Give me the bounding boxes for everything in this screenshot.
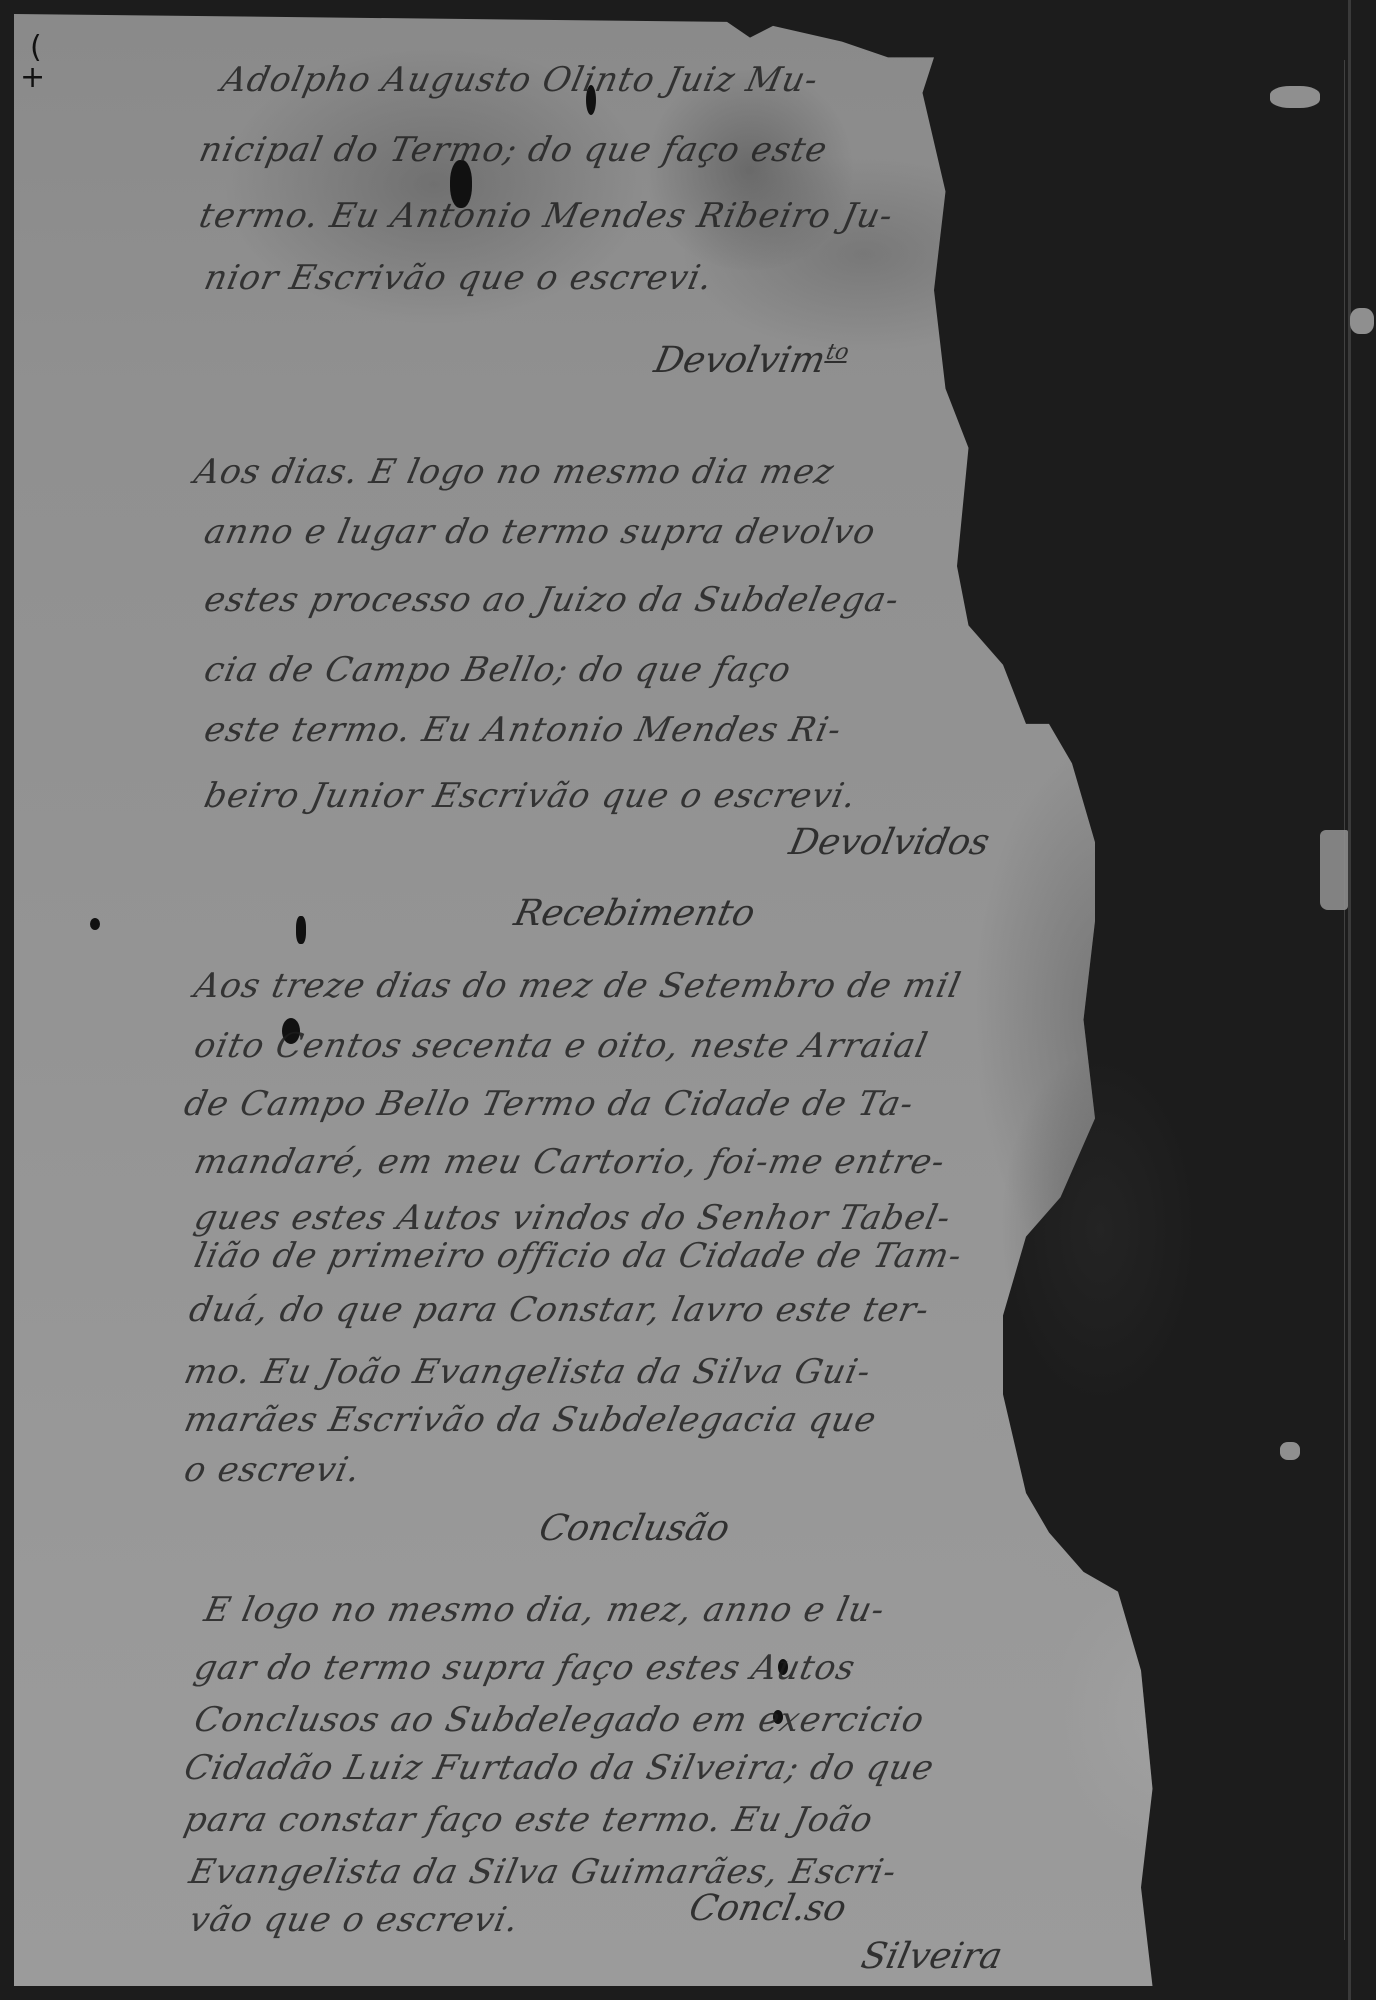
text-line: Cidadão Luiz Furtado da Silveira; do que [181, 1748, 938, 1788]
text-line: Aos dias. E logo no mesmo dia mez [191, 452, 838, 492]
devolvidos-mark: Devolvidos [786, 822, 993, 863]
text-line: estes processo ao Juizo da Subdelega- [201, 580, 903, 620]
heading-text: Devolvim [651, 340, 829, 381]
text-line: gues estes Autos vindos do Senhor Tabel- [191, 1198, 955, 1238]
section-heading-devolucao: Devolvimto [651, 340, 851, 381]
text-line: Aos treze dias do mez de Setembro de mil [191, 966, 965, 1006]
text-line: lião de primeiro officio da Cidade de Ta… [191, 1236, 966, 1276]
text-line: Conclusos ao Subdelegado em exercicio [191, 1700, 928, 1740]
text-line: Adolpho Augusto Olinto Juiz Mu- [218, 60, 822, 100]
ink-blot [90, 918, 100, 930]
text-line: de Campo Bello Termo da Cidade de Ta- [181, 1084, 918, 1124]
section-heading-recebimento: Recebimento [511, 893, 759, 934]
text-line: beiro Junior Escrivão que o escrevi. [201, 776, 861, 816]
conclusion-mark: Concl.so [686, 1888, 850, 1929]
section-heading-conclusao: Conclusão [536, 1508, 734, 1549]
text-line: nior Escrivão que o escrevi. [201, 258, 717, 298]
text-line: Evangelista da Silva Guimarães, Escri- [186, 1852, 901, 1892]
binding-edge [1348, 0, 1351, 2000]
text-line: termo. Eu Antonio Mendes Ribeiro Ju- [196, 196, 897, 236]
signature: Silveira [858, 1936, 1006, 1977]
text-line: mo. Eu João Evangelista da Silva Gui- [181, 1352, 875, 1392]
paper-fragment [1270, 86, 1320, 108]
text-line: marães Escrivão da Subdelegacia que [181, 1400, 881, 1440]
text-line: duá, do que para Constar, lavro este ter… [186, 1290, 934, 1330]
binding-edge-highlight [1344, 60, 1345, 1940]
text-line: vão que o escrevi. [186, 1900, 523, 1940]
text-line: gar do termo supra faço estes Autos [191, 1648, 859, 1688]
text-line: mandaré, em meu Cartorio, foi-me entre- [191, 1142, 949, 1182]
ink-blot [296, 916, 306, 944]
text-line: oito Centos secenta e oito, neste Arraia… [191, 1026, 932, 1066]
paper-fragment [1350, 308, 1374, 334]
margin-mark: + [20, 60, 45, 95]
text-line: para constar faço este termo. Eu João [181, 1800, 877, 1840]
paper-fragment [1280, 1442, 1300, 1460]
text-line: E logo no mesmo dia, mez, anno e lu- [201, 1590, 889, 1630]
text-line: anno e lugar do termo supra devolvo [201, 512, 880, 552]
text-line: este termo. Eu Antonio Mendes Ri- [201, 710, 846, 750]
paper-fragment [1320, 830, 1348, 910]
text-line: nicipal do Termo; do que faço este [196, 130, 832, 170]
text-line: cia de Campo Bello; do que faço [201, 650, 795, 690]
text-line: o escrevi. [181, 1450, 365, 1490]
